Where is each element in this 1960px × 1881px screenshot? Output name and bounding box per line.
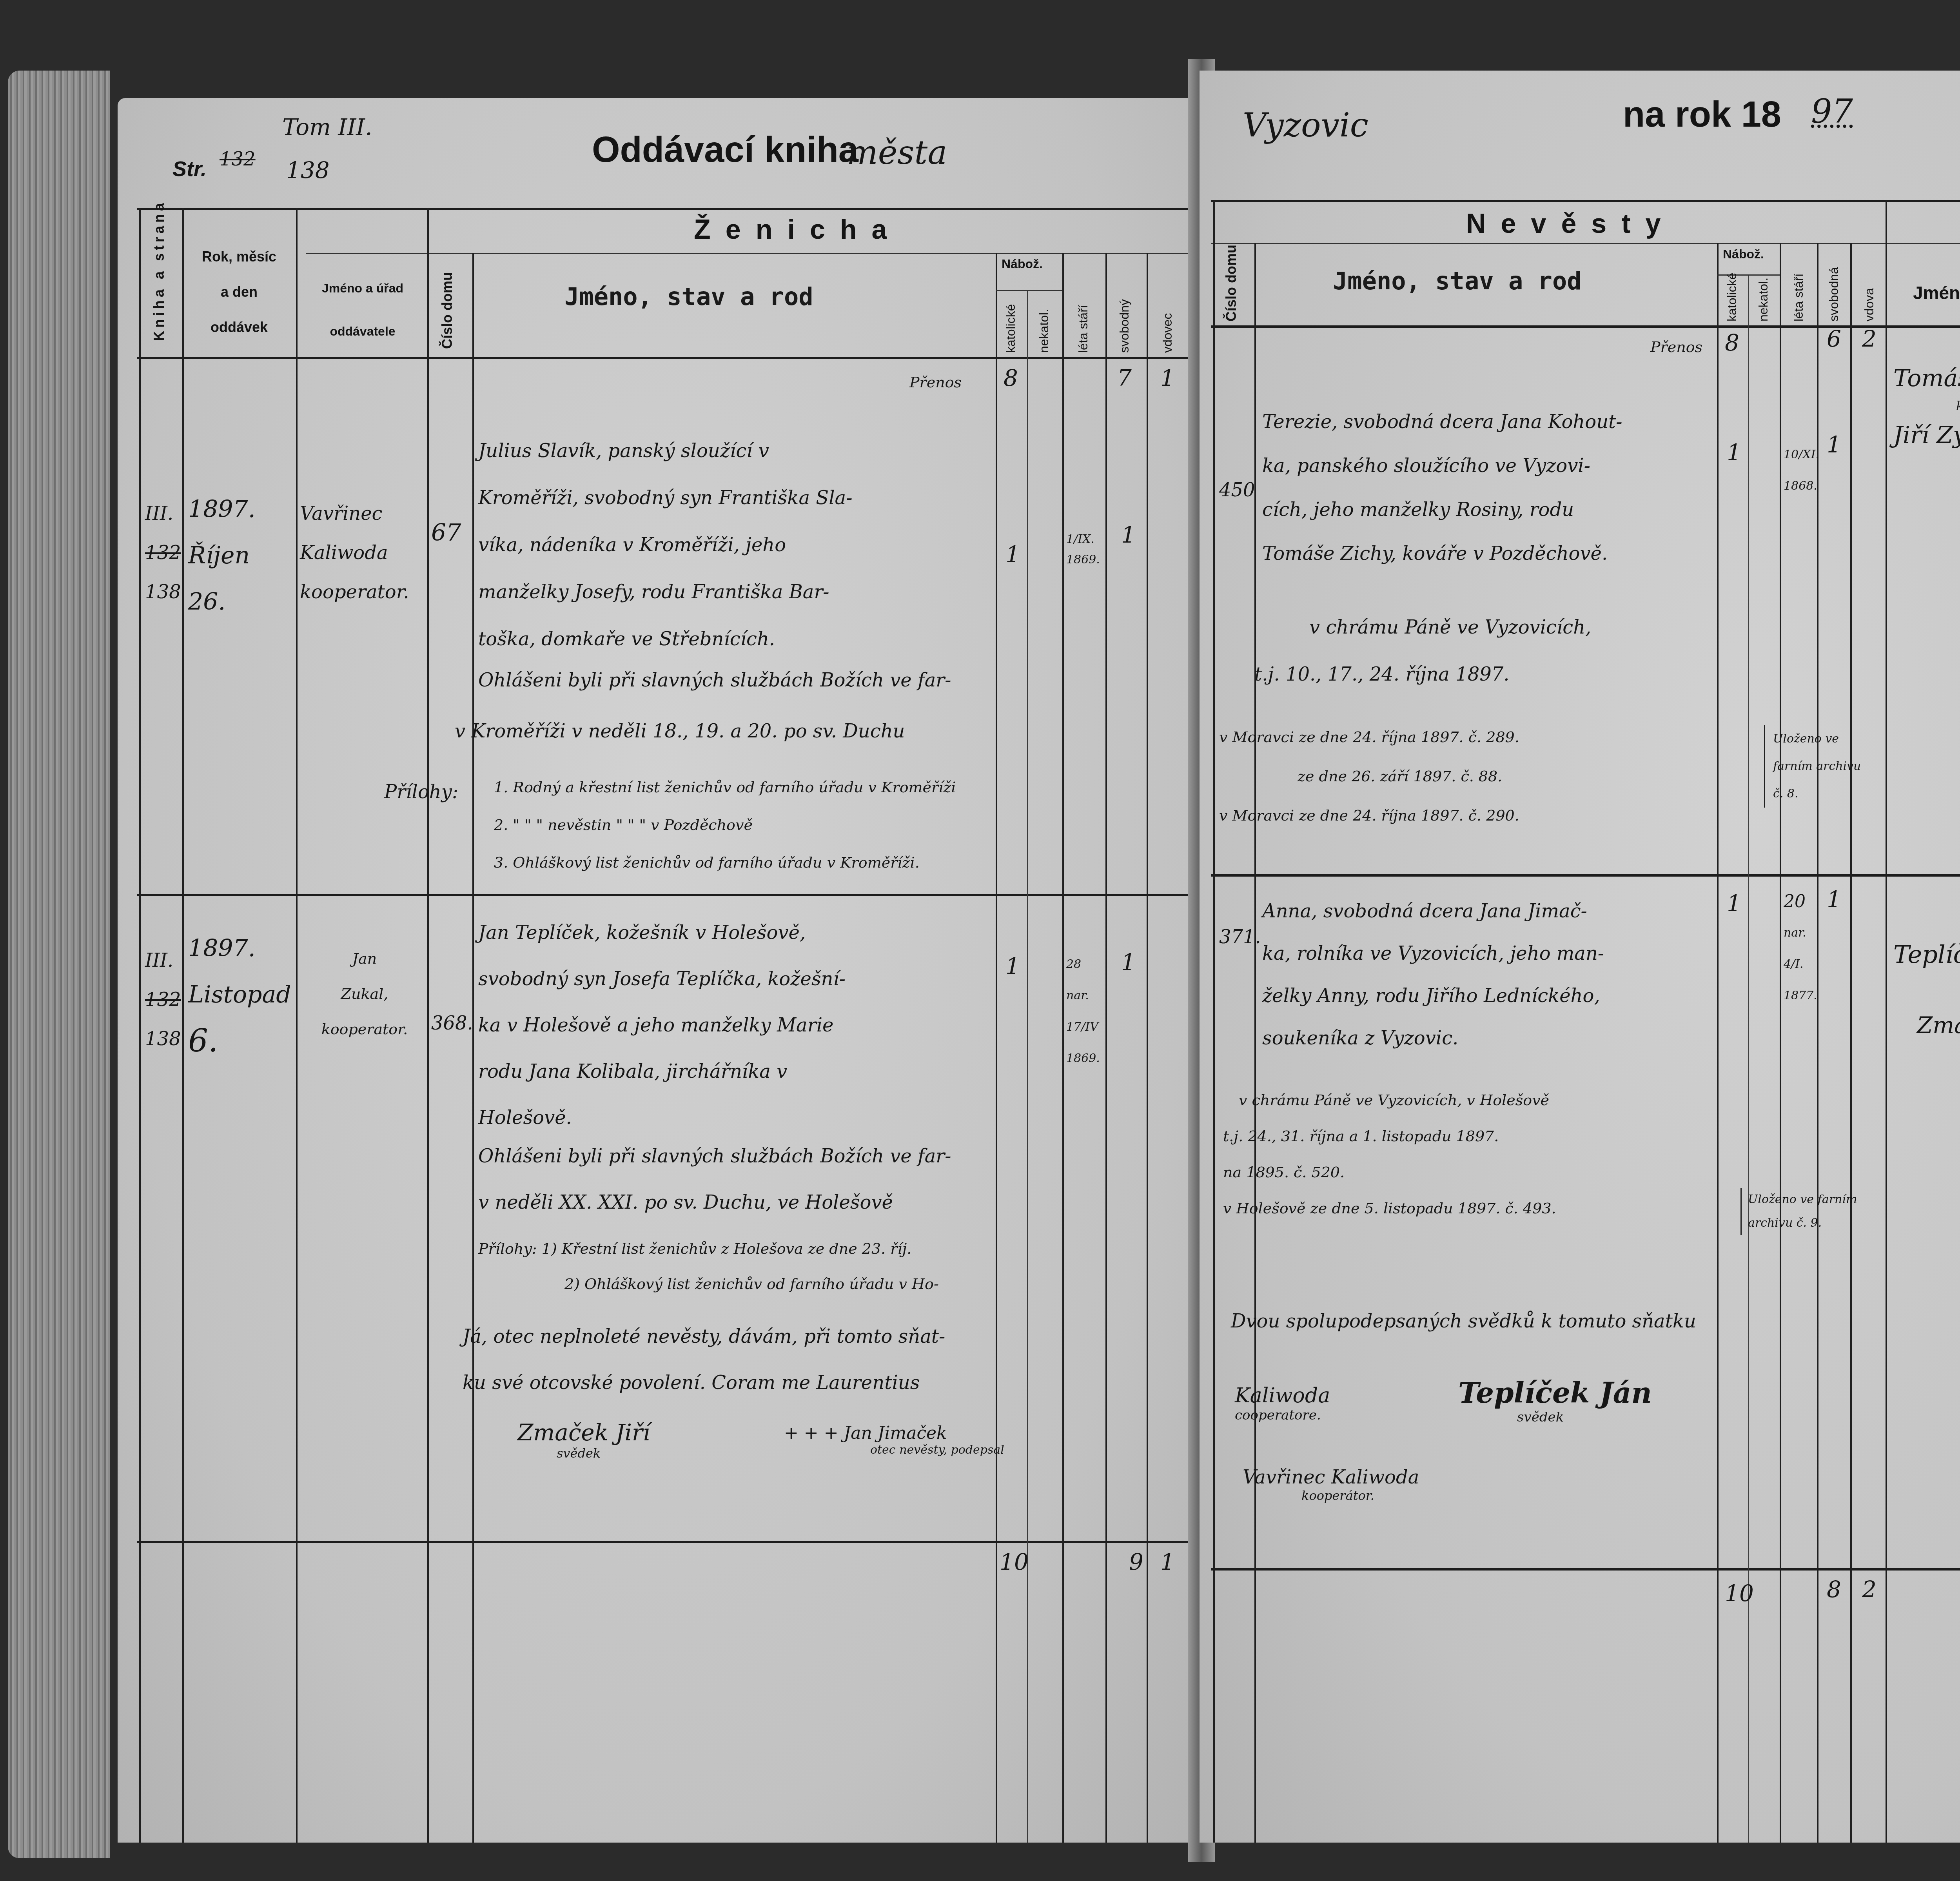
entry2-banns-line: Ohlášeni byli při slavných službách Boží… bbox=[478, 1133, 1192, 1179]
entry1-attachments-label: Přílohy: bbox=[384, 772, 458, 812]
entry1-date: 1897. Říjen 26. bbox=[188, 486, 294, 625]
entry2-bride-line: Anna, svobodná dcera Jana Jimač- bbox=[1262, 890, 1717, 932]
entry1-age-date: 10/XI. bbox=[1784, 439, 1819, 470]
entry2-bride-line: ka, rolníka ve Vyzovicích, jeho man- bbox=[1262, 932, 1717, 975]
carry-over-single: 7 bbox=[1117, 365, 1132, 391]
entry1-banns: Ohlášeni byli při slavných službách Boží… bbox=[455, 655, 1192, 757]
col-rule bbox=[472, 253, 474, 1843]
entry1-document: v Moravci ze dne 24. října 1897. č. 290. bbox=[1219, 796, 1721, 835]
col-house-no: Číslo domu bbox=[439, 272, 456, 349]
entry-separator bbox=[1211, 874, 1960, 877]
entry2-signature-cooperator: Kaliwoda cooperatore. bbox=[1235, 1384, 1330, 1423]
bride-header: Nevěsty bbox=[1466, 208, 1676, 239]
register-title-hand: města bbox=[847, 133, 947, 172]
col-single: svobodná bbox=[1827, 267, 1841, 321]
entry1-year: 1897. bbox=[188, 486, 294, 532]
entry2-bride-line: želky Anny, rodu Jiřího Ledníckého, bbox=[1262, 975, 1717, 1017]
witness-name: Tomáš Bojcha bbox=[1893, 361, 1960, 396]
entry2-witness-statement: Dvou spolupodepsaných svědků k tomuto sň… bbox=[1231, 1302, 1696, 1341]
page-label: Str. bbox=[172, 157, 207, 181]
entry1-volume: III. bbox=[145, 494, 180, 533]
col-catholic: katolické bbox=[1725, 273, 1739, 322]
col-single: svobodný bbox=[1117, 299, 1132, 353]
religion-sub-rule bbox=[996, 290, 1062, 291]
entry1-officiant-line: Kaliwoda bbox=[300, 533, 425, 572]
entry2-book-page: III. 132 138 bbox=[145, 941, 180, 1059]
entry2-house-no: 371. bbox=[1219, 917, 1261, 957]
register-title: Oddávací kniha bbox=[592, 129, 858, 171]
total-catholic: 10 bbox=[1000, 1549, 1029, 1575]
header-sub-rule bbox=[306, 253, 1192, 254]
entry2-age: 28 nar. 17/IV 1869. bbox=[1066, 949, 1109, 1074]
table-top-rule bbox=[137, 208, 1192, 210]
col-rule bbox=[1213, 200, 1215, 1843]
entry2-catholic: 1 bbox=[1005, 953, 1020, 979]
entry-separator bbox=[137, 1541, 1192, 1543]
entry1-age: 10/XI. 1868. bbox=[1784, 439, 1819, 502]
entry2-ceremony-line: t.j. 24., 31. října a 1. listopadu 1897. bbox=[1223, 1118, 1725, 1154]
col-witness-name: Jméno bbox=[1913, 282, 1960, 303]
entry1-ceremony-line: v chrámu Páně ve Vyzovicích, bbox=[1231, 604, 1717, 651]
entry1-age-year: 1868. bbox=[1784, 470, 1819, 502]
entry1-single: 1 bbox=[1121, 521, 1136, 548]
col-rule bbox=[1717, 243, 1719, 1843]
entry1-attachment: 3. Ohláškový list ženichův od farního úř… bbox=[494, 844, 1192, 881]
col-rule bbox=[182, 208, 184, 1843]
col-rule bbox=[1027, 290, 1028, 1843]
entry1-bride-line: cích, jeho manželky Rosiny, rodu bbox=[1262, 488, 1717, 532]
entry-separator bbox=[137, 894, 1192, 896]
col-age: léta stáří bbox=[1791, 273, 1806, 321]
entry1-age: 1/IX. 1869. bbox=[1066, 529, 1105, 570]
place-name: Vyzovic bbox=[1243, 106, 1368, 144]
archive-line: č. 8. bbox=[1773, 780, 1891, 808]
header-bottom-rule bbox=[137, 357, 1192, 359]
witness-status: dumník v Holešově. bbox=[1893, 976, 1960, 1000]
entry1-document: v Moravci ze dne 24. října 1897. č. 289. bbox=[1219, 717, 1721, 757]
entry1-groom-line: Julius Slavík, panský sloužící v bbox=[478, 427, 996, 474]
col-name: Jméno, stav a rod bbox=[1333, 267, 1582, 295]
signature-name: Vavřinec Kaliwoda bbox=[1243, 1466, 1419, 1488]
table-top-rule bbox=[1211, 200, 1960, 202]
entry-separator bbox=[1211, 1568, 1960, 1571]
entry2-officiant-line: kooperator. bbox=[306, 1011, 423, 1047]
signature-role: svědek bbox=[517, 1446, 650, 1461]
entry2-single: 1 bbox=[1827, 886, 1841, 913]
total-catholic: 10 bbox=[1725, 1580, 1754, 1607]
entry2-page: 138 bbox=[145, 1019, 180, 1059]
entry1-page-struck: 132 bbox=[145, 533, 180, 572]
entry2-attachment: 1) Křestní list ženichův z Holešova ze d… bbox=[542, 1240, 912, 1257]
col-rule bbox=[1147, 253, 1148, 1843]
entry1-bride-line: ka, panského sloužícího ve Vyzovi- bbox=[1262, 444, 1717, 488]
entry2-officiant-line: Zukal, bbox=[306, 976, 423, 1011]
col-date-line: oddávek bbox=[188, 310, 290, 345]
witness-status: rolník ve Vyzovicích bbox=[1893, 1051, 1960, 1098]
entry1-bride-line: Terezie, svobodná dcera Jana Kohout- bbox=[1262, 400, 1717, 444]
year-value: 97 bbox=[1811, 92, 1853, 131]
entry2-attachments: Přílohy: 1) Křestní list ženichův z Hole… bbox=[478, 1231, 1192, 1302]
entry1-officiant: Vavřinec Kaliwoda kooperator. bbox=[300, 494, 425, 612]
entry1-age-date: 1/IX. bbox=[1066, 529, 1105, 550]
entry1-groom-line: manželky Josefy, rodu Františka Bar- bbox=[478, 568, 996, 616]
signature-role: svědek bbox=[1458, 1409, 1652, 1425]
entry2-age-born: nar. bbox=[1066, 980, 1109, 1011]
entry2-archive-note: Uloženo ve farním archivu č. 9. bbox=[1740, 1188, 1889, 1235]
entry2-age-date: 4/I. 1877. bbox=[1784, 949, 1827, 1011]
carry-over-widow: 2 bbox=[1862, 325, 1877, 352]
left-page: Str. 132 Tom III. 138 Oddávací kniha měs… bbox=[118, 98, 1200, 1843]
entry2-page-struck: 132 bbox=[145, 980, 180, 1019]
carry-over-widower: 1 bbox=[1160, 365, 1175, 391]
col-officiant-line: oddávatele bbox=[302, 310, 423, 353]
col-catholic: katolické bbox=[1004, 304, 1018, 353]
col-date-line: Rok, měsíc bbox=[188, 239, 290, 274]
total-widower: 1 bbox=[1160, 1549, 1175, 1575]
entry1-ceremony-line: t.j. 10., 17., 24. října 1897. bbox=[1231, 651, 1717, 698]
col-widower: vdovec bbox=[1160, 313, 1175, 353]
signature-name: Zmaček Jiří bbox=[517, 1419, 650, 1446]
entry2-officiant-line: Jan bbox=[306, 941, 423, 976]
col-rule bbox=[139, 208, 141, 1843]
signature-name: Kaliwoda bbox=[1235, 1384, 1330, 1407]
entry2-consent-line: ku své otcovské povolení. Coram me Laure… bbox=[463, 1360, 1192, 1406]
carry-over-catholic: 8 bbox=[1004, 365, 1018, 391]
col-house-no: Číslo domu bbox=[1223, 245, 1240, 321]
entry1-officiant-line: kooperator. bbox=[300, 572, 425, 612]
entry1-attachment: 2. " " " nevěstin " " " v Pozděchově bbox=[494, 806, 1192, 844]
entry1-attachments: 1. Rodný a křestní list ženichův od farn… bbox=[494, 768, 1192, 881]
signature-role: otec nevěsty, podepsal bbox=[784, 1443, 1004, 1457]
entry1-book-page: III. 132 138 bbox=[145, 494, 180, 612]
entry1-bride-line: Tomáše Zichy, kováře v Pozděchově. bbox=[1262, 532, 1717, 576]
entry1-banns-line: Ohlášeni byli při slavných službách Boží… bbox=[455, 655, 1192, 706]
entry1-house-no: 450 bbox=[1219, 470, 1255, 510]
col-noncatholic: nekatol. bbox=[1756, 278, 1771, 321]
col-officiant-line: Jméno a úřad bbox=[302, 267, 423, 310]
total-single: 8 bbox=[1827, 1576, 1841, 1603]
entry2-consent: Já, otec neplnoleté nevěsty, dávám, při … bbox=[463, 1313, 1192, 1406]
col-rule bbox=[1886, 200, 1887, 1843]
entry2-groom-line: Jan Teplíček, kožešník v Holešově, bbox=[478, 910, 996, 956]
col-date: Rok, měsíc a den oddávek bbox=[188, 239, 290, 345]
entry2-signature-witness: Teplíček Ján svědek bbox=[1458, 1376, 1652, 1425]
right-page: Vyzovic na rok 18 97 Nevěsty Svědkův Čís… bbox=[1200, 71, 1960, 1843]
col-rule bbox=[427, 208, 429, 1843]
carry-over-label: Přenos bbox=[1650, 333, 1702, 361]
entry1-groom-line: víka, nádeníka v Kroměříži, jeho bbox=[478, 521, 996, 568]
archive-line: farním archivu bbox=[1773, 753, 1891, 780]
entry2-bride: Anna, svobodná dcera Jana Jimač- ka, rol… bbox=[1262, 890, 1717, 1059]
entry1-catholic: 1 bbox=[1727, 439, 1741, 466]
entry2-date: 1897. Listopad 6. bbox=[188, 925, 294, 1064]
entry2-groom: Jan Teplíček, kožešník v Holešově, svobo… bbox=[478, 910, 996, 1141]
col-officiant: Jméno a úřad oddávatele bbox=[302, 267, 423, 353]
entry1-page: 138 bbox=[145, 572, 180, 612]
header-bottom-rule bbox=[1211, 325, 1960, 328]
signature-role: cooperatore. bbox=[1235, 1407, 1330, 1423]
witness-status: kostelník v Pozděchově. bbox=[1893, 455, 1960, 502]
col-book-page: Kniha a strana bbox=[151, 200, 167, 341]
signature-name: Teplíček Ján bbox=[1458, 1376, 1652, 1409]
entry2-officiant: Jan Zukal, kooperator. bbox=[306, 941, 423, 1047]
witness-name: Teplíček Jan bbox=[1893, 933, 1960, 976]
witness-status: kovář v Pozděchově, bbox=[1893, 396, 1960, 416]
entry1-house-no: 67 bbox=[431, 510, 461, 556]
entry2-banns: Ohlášeni byli při slavných službách Boží… bbox=[478, 1133, 1192, 1226]
entry1-single: 1 bbox=[1827, 431, 1841, 458]
book-scan: Str. 132 Tom III. 138 Oddávací kniha měs… bbox=[0, 0, 1960, 1881]
entry2-groom-line: ka v Holešově a jeho manželky Marie bbox=[478, 1002, 996, 1048]
entry1-catholic: 1 bbox=[1005, 541, 1020, 568]
entry2-age-born: nar. bbox=[1784, 917, 1827, 949]
total-single: 9 bbox=[1129, 1549, 1143, 1575]
entry2-groom-line: svobodný syn Josefa Teplíčka, kožešní- bbox=[478, 956, 996, 1002]
entry2-single: 1 bbox=[1121, 949, 1136, 975]
entry2-house-no: 368. bbox=[431, 1004, 473, 1043]
entry1-archive-note: Uloženo ve farním archivu č. 8. bbox=[1764, 725, 1891, 808]
carry-over-single: 6 bbox=[1827, 325, 1841, 352]
entry2-banns-line: v neděli XX. XXI. po sv. Duchu, ve Holeš… bbox=[478, 1179, 1192, 1226]
entry1-attachment: 1. Rodný a křestní list ženichův od farn… bbox=[494, 768, 1192, 806]
col-religion: Nábož. bbox=[1002, 257, 1043, 271]
page-stack-edge bbox=[8, 71, 110, 1858]
entry2-bride-line: soukeníka z Vyzovic. bbox=[1262, 1017, 1717, 1059]
col-rule bbox=[296, 208, 298, 1843]
col-age: léta stáří bbox=[1076, 305, 1091, 353]
witness-name: Zmaček Jiří bbox=[1893, 1000, 1960, 1051]
entry2-age-years: 28 bbox=[1066, 949, 1109, 980]
entry1-month: Říjen bbox=[188, 532, 294, 579]
col-rule bbox=[1850, 243, 1852, 1843]
archive-line: archivu č. 9. bbox=[1748, 1211, 1889, 1235]
archive-line: Uloženo ve farním bbox=[1748, 1188, 1889, 1211]
entry1-witnesses: Tomáš Bojcha kovář v Pozděchově, Jiří Zy… bbox=[1893, 361, 1960, 502]
entry1-document: ze dne 26. září 1897. č. 88. bbox=[1219, 757, 1721, 796]
archive-line: Uloženo ve bbox=[1773, 725, 1891, 753]
entry2-attachment: 2) Ohláškový list ženichův od farního úř… bbox=[478, 1266, 1192, 1302]
witness-name: Jiří Zycha bbox=[1893, 416, 1960, 455]
signature-role: kooperátor. bbox=[1243, 1488, 1419, 1503]
carry-over-label: Přenos bbox=[909, 369, 962, 396]
year-label: na rok 18 bbox=[1623, 94, 1781, 135]
entry2-signature-witness: Zmaček Jiří svědek bbox=[517, 1419, 650, 1461]
col-religion: Nábož. bbox=[1723, 247, 1764, 261]
entry2-consent-line: Já, otec neplnoleté nevěsty, dávám, při … bbox=[463, 1313, 1192, 1360]
entry1-groom: Julius Slavík, panský sloužící v Kroměří… bbox=[478, 427, 996, 663]
signature-name: + + + Jan Jimaček bbox=[784, 1423, 1004, 1443]
entry1-age-year: 1869. bbox=[1066, 550, 1105, 570]
entry2-attachments-label: Přílohy: bbox=[478, 1240, 537, 1257]
entry2-ceremony-line: na 1895. č. 520. bbox=[1223, 1154, 1725, 1190]
entry1-bride: Terezie, svobodná dcera Jana Kohout- ka,… bbox=[1262, 400, 1717, 576]
entry2-signature-kooperator: Vavřinec Kaliwoda kooperátor. bbox=[1243, 1466, 1419, 1503]
entry1-groom-line: Kroměříži, svobodný syn Františka Sla- bbox=[478, 474, 996, 521]
col-rule bbox=[1780, 243, 1781, 1843]
col-name: Jméno, stav a rod bbox=[564, 282, 813, 311]
entry2-age: 20 nar. 4/I. 1877. bbox=[1784, 886, 1827, 1011]
entry2-day: 6. bbox=[188, 1018, 294, 1064]
col-widow: vdova bbox=[1862, 288, 1877, 321]
entry2-catholic: 1 bbox=[1727, 890, 1741, 917]
total-widow: 2 bbox=[1862, 1576, 1877, 1603]
entry2-signature-father: + + + Jan Jimaček otec nevěsty, podepsal bbox=[784, 1423, 1004, 1457]
col-date-line: a den bbox=[188, 274, 290, 310]
carry-over-catholic: 8 bbox=[1725, 329, 1739, 356]
entry2-volume: III. bbox=[145, 941, 180, 980]
entry2-witnesses: Teplíček Jan dumník v Holešově. Zmaček J… bbox=[1893, 933, 1960, 1098]
entry1-officiant-line: Vavřinec bbox=[300, 494, 425, 533]
col-noncatholic: nekatol. bbox=[1037, 309, 1051, 353]
col-rule bbox=[1062, 253, 1064, 1843]
entry1-ceremony: v chrámu Páně ve Vyzovicích, t.j. 10., 1… bbox=[1231, 604, 1717, 698]
entry2-ceremony: v chrámu Páně ve Vyzovicích, v Holešově … bbox=[1223, 1082, 1725, 1226]
groom-header: Ženicha bbox=[694, 214, 902, 245]
entry2-year: 1897. bbox=[188, 925, 294, 971]
header-sub-rule bbox=[1211, 243, 1960, 244]
page-number: 138 bbox=[286, 157, 330, 183]
entry2-month: Listopad bbox=[188, 971, 294, 1018]
entry1-documents: v Moravci ze dne 24. října 1897. č. 289.… bbox=[1219, 717, 1721, 835]
entry2-ceremony-line: v chrámu Páně ve Vyzovicích, v Holešově bbox=[1223, 1082, 1725, 1118]
col-rule bbox=[1748, 274, 1749, 1843]
entry2-age-date: 17/IV 1869. bbox=[1066, 1011, 1109, 1074]
entry2-age-years: 20 bbox=[1784, 886, 1827, 917]
entry2-groom-line: rodu Jana Kolibala, jirchářníka v bbox=[478, 1048, 996, 1095]
entry1-banns-line: v Kroměříži v neděli 18., 19. a 20. po s… bbox=[455, 706, 1192, 757]
col-rule bbox=[996, 253, 997, 1843]
volume-note: Tom III. bbox=[282, 114, 372, 140]
entry1-day: 26. bbox=[188, 579, 294, 625]
entry2-ceremony-line: v Holešově ze dne 5. listopadu 1897. č. … bbox=[1223, 1190, 1725, 1226]
page-number-struck: 132 bbox=[220, 148, 256, 170]
